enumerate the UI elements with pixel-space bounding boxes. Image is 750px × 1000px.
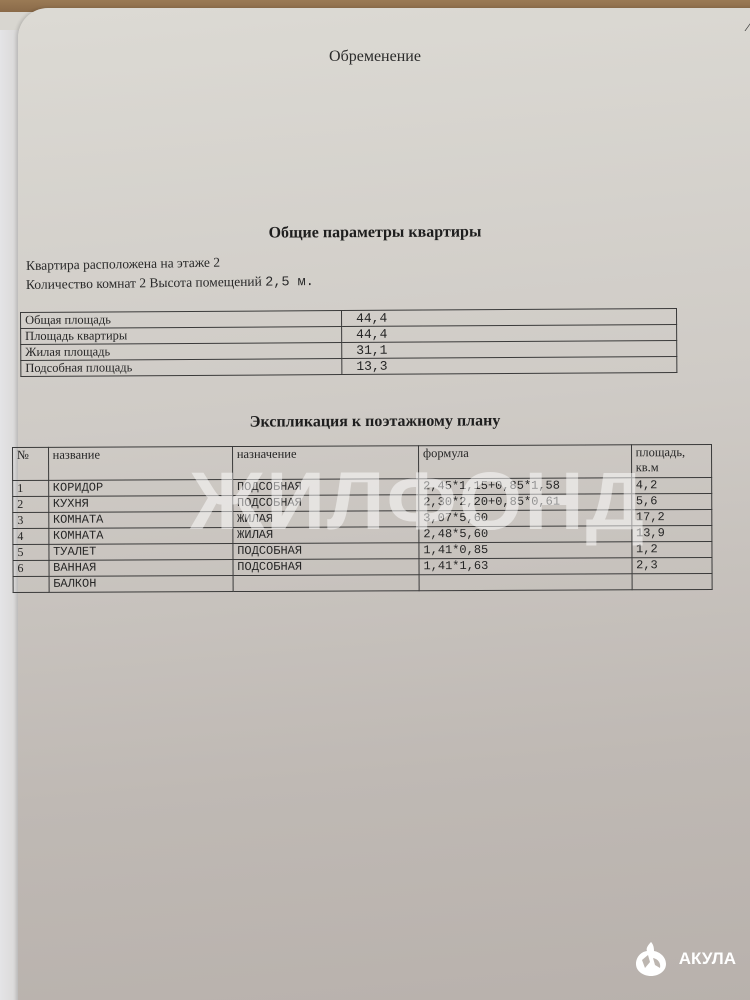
- cell-purpose: ПОДСОБНАЯ: [232, 479, 418, 496]
- cell-area: 1,2: [632, 541, 712, 557]
- cell-formula: 2,48*5,60: [419, 526, 632, 543]
- param-label: Общая площадь: [21, 311, 342, 329]
- cell-purpose: ПОДСОБНАЯ: [232, 495, 418, 512]
- explication-table: № название назначение формула площадь, к…: [12, 444, 713, 593]
- header-num: №: [13, 447, 49, 480]
- cell-purpose: [233, 575, 419, 592]
- cell-name: КОРИДОР: [48, 480, 232, 497]
- cell-name: ВАННАЯ: [49, 560, 233, 577]
- param-label: Подсобная площадь: [21, 359, 342, 377]
- header-purpose: назначение: [232, 446, 418, 480]
- table-row: БАЛКОН: [13, 573, 712, 592]
- document-header: Обременение: [0, 48, 750, 66]
- cell-formula: 3,07*5,60: [419, 510, 632, 527]
- cell-name: КУХНЯ: [48, 496, 232, 513]
- cell-area: [632, 573, 712, 589]
- cell-num: 4: [13, 528, 49, 544]
- cell-formula: 2,30*2,20+0,85*0,61: [419, 494, 632, 511]
- logo: АКУЛА: [633, 940, 736, 978]
- cell-formula: [419, 574, 632, 591]
- cell-area: 4,2: [631, 477, 711, 493]
- cell-purpose: ЖИЛАЯ: [233, 527, 419, 544]
- cell-num: [13, 576, 49, 592]
- params-row: Подсобная площадь13,3: [21, 356, 677, 376]
- params-table: Общая площадь44,4Площадь квартиры44,4Жил…: [20, 308, 677, 377]
- cell-formula: 2,45*1,15+0,85*1,58: [419, 478, 632, 495]
- cell-formula: 1,41*1,63: [419, 558, 632, 575]
- rooms-line-label: Количество комнат 2 Высота помещений: [26, 274, 265, 292]
- header-area: площадь, кв.м: [631, 444, 712, 477]
- cell-formula: 1,41*0,85: [419, 542, 632, 559]
- header-name: название: [48, 447, 232, 481]
- cell-area: 2,3: [632, 557, 712, 573]
- floor-line: Квартира расположена на этаже 2: [26, 255, 220, 274]
- cell-purpose: ПОДСОБНАЯ: [233, 543, 419, 560]
- ceiling-height-value: 2,5 м.: [265, 275, 314, 291]
- header-formula: формула: [418, 445, 631, 479]
- shark-icon: [633, 940, 669, 978]
- cell-num: 2: [13, 496, 49, 512]
- param-value: 13,3: [342, 356, 677, 374]
- cell-name: ТУАЛЕТ: [49, 544, 233, 561]
- cell-area: 5,6: [631, 493, 711, 509]
- cell-num: 3: [13, 512, 49, 528]
- cell-num: 1: [13, 480, 49, 496]
- cell-num: 5: [13, 544, 49, 560]
- param-label: Площадь квартиры: [21, 327, 342, 345]
- cell-name: КОМНАТА: [48, 512, 232, 529]
- logo-text: АКУЛА: [679, 949, 736, 969]
- table-header-row: № название назначение формула площадь, к…: [13, 444, 712, 480]
- cell-name: КОМНАТА: [48, 528, 232, 545]
- cell-name: БАЛКОН: [49, 576, 233, 593]
- cell-purpose: ПОДСОБНАЯ: [233, 559, 419, 576]
- cell-purpose: ЖИЛАЯ: [233, 511, 419, 528]
- cell-area: 13,9: [631, 525, 711, 541]
- param-label: Жилая площадь: [21, 343, 342, 361]
- cell-area: 17,2: [631, 509, 711, 525]
- cell-num: 6: [13, 560, 49, 576]
